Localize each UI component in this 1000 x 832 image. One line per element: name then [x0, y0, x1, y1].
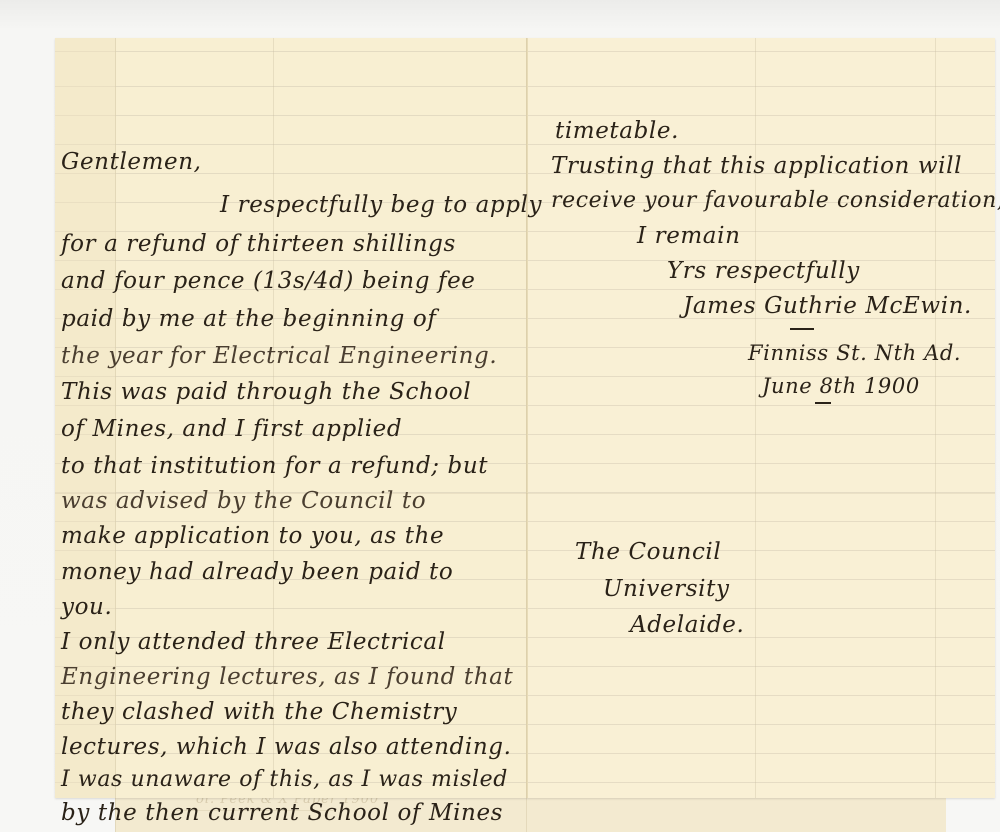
letter-sheet: Gentlemen, I respectfully beg to apply f…	[55, 38, 995, 798]
body-line: paid by me at the beginning of	[61, 308, 436, 331]
sender-address: Finniss St. Nth Ad.	[748, 343, 961, 364]
body-line: and four pence (13s/4d) being fee	[61, 270, 476, 293]
body-line: make application to you, as the	[61, 525, 444, 548]
signature: James Guthrie McEwin.	[683, 295, 972, 318]
body-line: Engineering lectures, as I found that	[61, 666, 513, 689]
vertical-crease	[935, 38, 936, 798]
valediction: Yrs respectfully	[667, 260, 860, 283]
body-line: This was paid through the School	[61, 381, 471, 404]
closing: I remain	[637, 225, 741, 248]
body-line: receive your favourable consideration,	[551, 190, 1000, 212]
addressee-line: The Council	[575, 541, 721, 564]
vertical-crease	[755, 38, 756, 798]
body-line: they clashed with the Chemistry	[61, 701, 457, 724]
body-line: of Mines, and I first applied	[61, 418, 402, 441]
signature-underline	[790, 328, 814, 330]
body-line: the year for Electrical Engineering.	[61, 345, 497, 368]
right-page	[528, 38, 995, 798]
body-line: to that institution for a refund; but	[61, 455, 488, 478]
addressee-line: Adelaide.	[630, 614, 744, 637]
date-underline	[815, 402, 831, 404]
body-line: lectures, which I was also attending.	[61, 736, 512, 759]
body-line: Trusting that this application will	[551, 155, 962, 178]
body-line: I was unaware of this, as I was misled	[61, 769, 508, 791]
salutation: Gentlemen,	[61, 151, 202, 174]
body-line: I only attended three Electrical	[61, 631, 446, 654]
body-line: I respectfully beg to apply	[220, 194, 542, 217]
body-line: for a refund of thirteen shillings	[61, 233, 456, 256]
center-fold	[526, 38, 528, 798]
addressee-line: University	[603, 578, 730, 601]
body-line: money had already been paid to	[61, 561, 453, 584]
body-line: was advised by the Council to	[61, 490, 426, 513]
body-line: by the then current School of Mines	[61, 802, 503, 825]
body-line: timetable.	[555, 120, 679, 143]
letter-date: June 8th 1900	[762, 376, 920, 397]
body-line: you.	[61, 596, 112, 619]
